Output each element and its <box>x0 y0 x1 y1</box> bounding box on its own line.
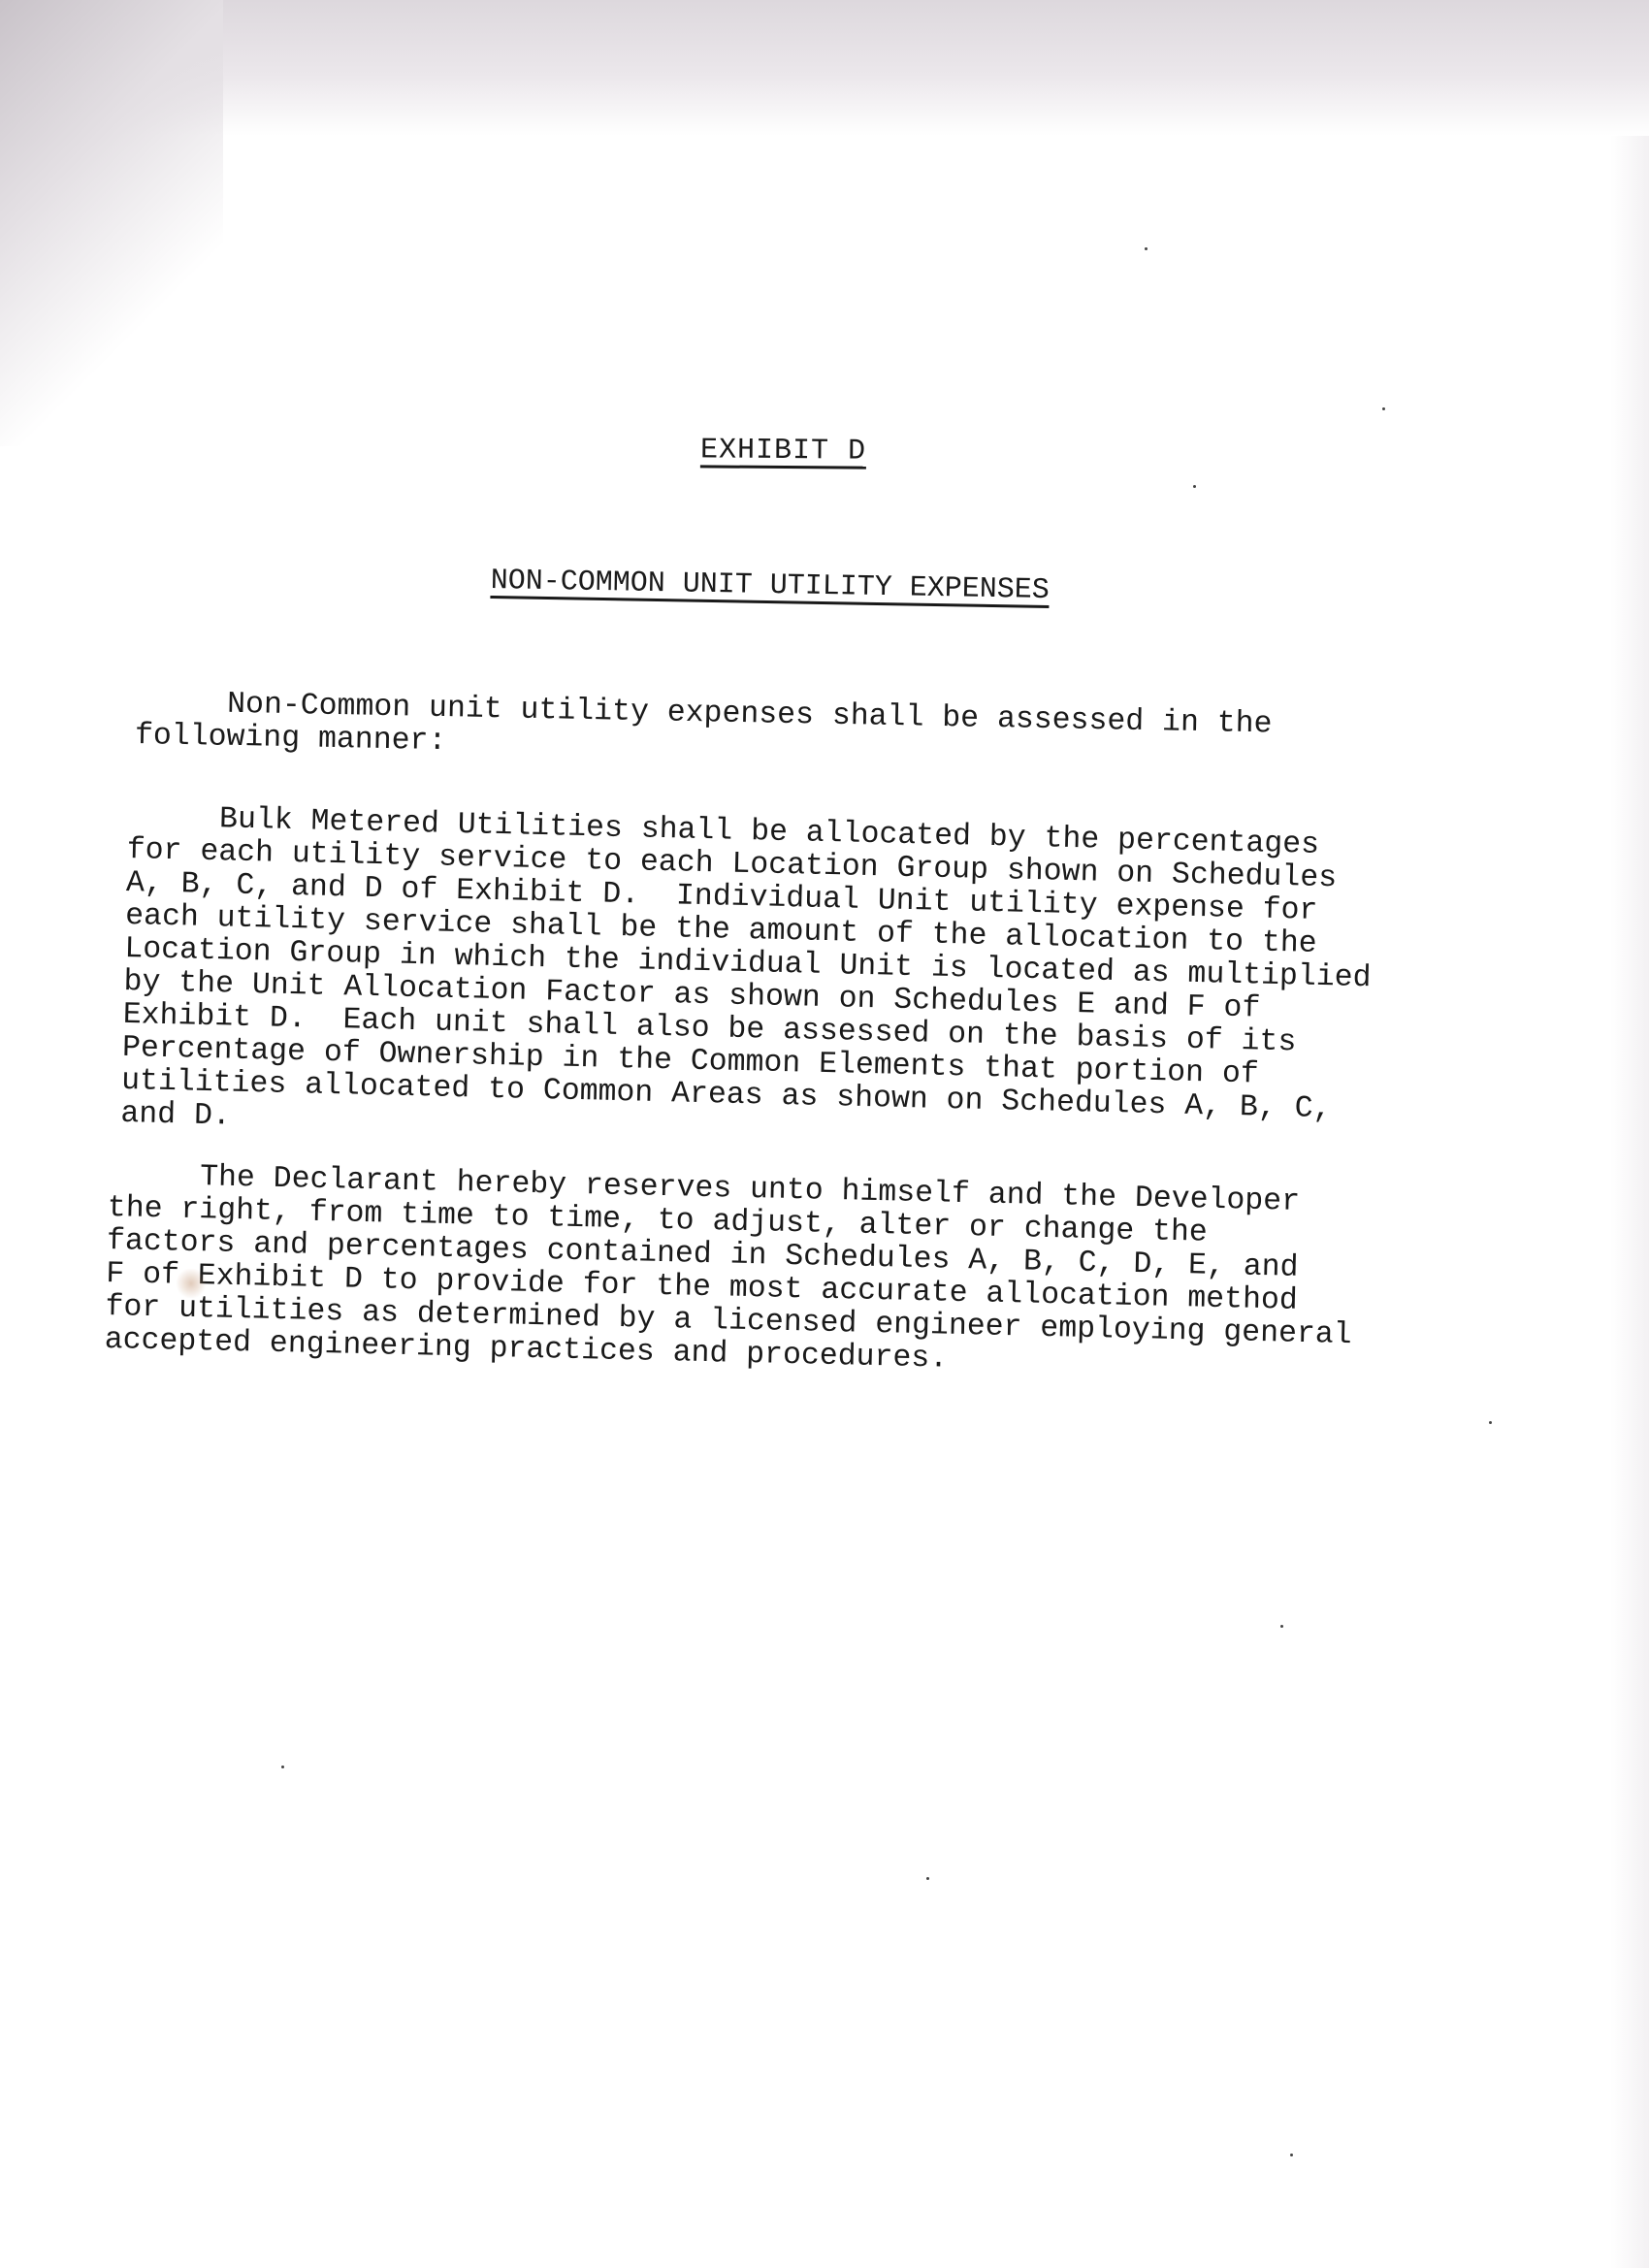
scan-speck <box>281 1766 284 1768</box>
scan-speck <box>1290 2154 1293 2156</box>
scan-speck <box>1382 407 1385 410</box>
document-page: EXHIBIT D NON-COMMON UNIT UTILITY EXPENS… <box>0 0 1649 2268</box>
exhibit-title: EXHIBIT D <box>700 434 866 468</box>
paragraph-declarant-rights: The Declarant hereby reserves unto himse… <box>104 1159 1355 1385</box>
scan-speck <box>926 1877 929 1880</box>
scan-speck <box>1145 247 1148 250</box>
paragraph-bulk-metered: Bulk Metered Utilities shall be allocate… <box>120 801 1374 1160</box>
paragraph-intro: Non-Common unit utility expenses shall b… <box>135 687 1273 774</box>
scan-speck <box>1193 485 1196 488</box>
scan-speck <box>1489 1421 1492 1424</box>
paper-stain <box>175 1269 208 1298</box>
section-heading: NON-COMMON UNIT UTILITY EXPENSES <box>490 565 1050 607</box>
scan-speck <box>1280 1625 1283 1628</box>
